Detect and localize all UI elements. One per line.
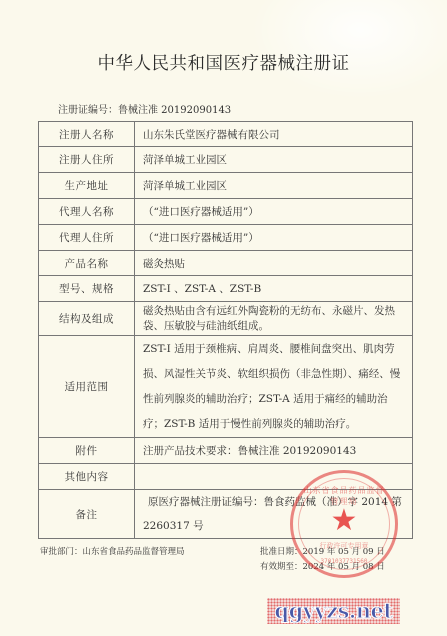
row-label: 注册人住所 <box>39 147 135 173</box>
registration-number-label: 注册证编号： <box>58 105 118 116</box>
table-row: 结构及组成 磁灸热贴由含有远红外陶瓷粉的无纺布、永磁片、发热袋、压敏胶与硅油纸组… <box>39 302 413 336</box>
row-value: 原医疗器械注册证编号：鲁食药监械（准）字 2014 第 2260317 号 <box>135 490 413 539</box>
row-label: 注册人名称 <box>39 122 135 147</box>
row-value: （“进口医疗器械适用”） <box>135 225 413 251</box>
row-label: 代理人住所 <box>39 225 135 251</box>
row-label: 型号、规格 <box>39 276 135 302</box>
table-row: 附件 注册产品技术要求：鲁械注准 20192090143 <box>39 438 413 464</box>
row-value: 磁灸热贴 <box>135 251 413 276</box>
row-label: 结构及组成 <box>39 302 135 336</box>
certificate-table: 注册人名称 山东朱氏堂医疗器械有限公司 注册人住所 菏泽单城工业园区 生产地址 … <box>38 121 413 539</box>
row-value: 菏泽单城工业园区 <box>135 173 413 199</box>
registration-number-value: 鲁械注准 20192090143 <box>118 105 231 116</box>
registration-number: 注册证编号：鲁械注准 20192090143 <box>58 101 231 116</box>
approval-date: 批准日期：2019 年 05 月 09 日 <box>260 545 385 560</box>
table-row: 适用范围 ZST-I 适用于颈椎病、肩周炎、腰椎间盘突出、肌肉劳损、风湿性关节炎… <box>39 336 413 438</box>
row-value: （“进口医疗器械适用”） <box>135 199 413 225</box>
row-value: 注册产品技术要求：鲁械注准 20192090143 <box>135 438 413 464</box>
row-value: ZST-I 、ZST-A 、ZST-B <box>135 276 413 302</box>
table-row: 注册人住所 菏泽单城工业园区 <box>39 147 413 173</box>
valid-until: 有效期至：2024 年 05 月 08 日 <box>260 560 385 575</box>
site-watermark: qgyyzs.net <box>267 598 400 624</box>
row-value: 菏泽单城工业园区 <box>135 147 413 173</box>
table-row: 备注 原医疗器械注册证编号：鲁食药监械（准）字 2014 第 2260317 号 <box>39 490 413 539</box>
row-label: 其他内容 <box>39 464 135 490</box>
document-title: 中华人民共和国医疗器械注册证 <box>0 50 447 75</box>
row-value <box>135 464 413 490</box>
row-label: 适用范围 <box>39 336 135 438</box>
table-row: 产品名称 磁灸热贴 <box>39 251 413 276</box>
row-label: 生产地址 <box>39 173 135 199</box>
row-value: ZST-I 适用于颈椎病、肩周炎、腰椎间盘突出、肌肉劳损、风湿性关节炎、软组织损… <box>135 336 413 438</box>
table-row: 其他内容 <box>39 464 413 490</box>
table-row: 生产地址 菏泽单城工业园区 <box>39 173 413 199</box>
row-label: 备注 <box>39 490 135 539</box>
row-label: 产品名称 <box>39 251 135 276</box>
approval-department: 审批部门：山东省食品药品监督管理局 <box>40 545 185 557</box>
row-value: 磁灸热贴由含有远红外陶瓷粉的无纺布、永磁片、发热袋、压敏胶与硅油纸组成。 <box>135 302 413 336</box>
row-label: 附件 <box>39 438 135 464</box>
row-label: 代理人名称 <box>39 199 135 225</box>
table-row: 代理人住所 （“进口医疗器械适用”） <box>39 225 413 251</box>
table-row: 型号、规格 ZST-I 、ZST-A 、ZST-B <box>39 276 413 302</box>
row-value: 山东朱氏堂医疗器械有限公司 <box>135 122 413 147</box>
table-row: 注册人名称 山东朱氏堂医疗器械有限公司 <box>39 122 413 147</box>
approval-dates: 批准日期：2019 年 05 月 09 日 有效期至：2024 年 05 月 0… <box>260 545 385 575</box>
table-row: 代理人名称 （“进口医疗器械适用”） <box>39 199 413 225</box>
